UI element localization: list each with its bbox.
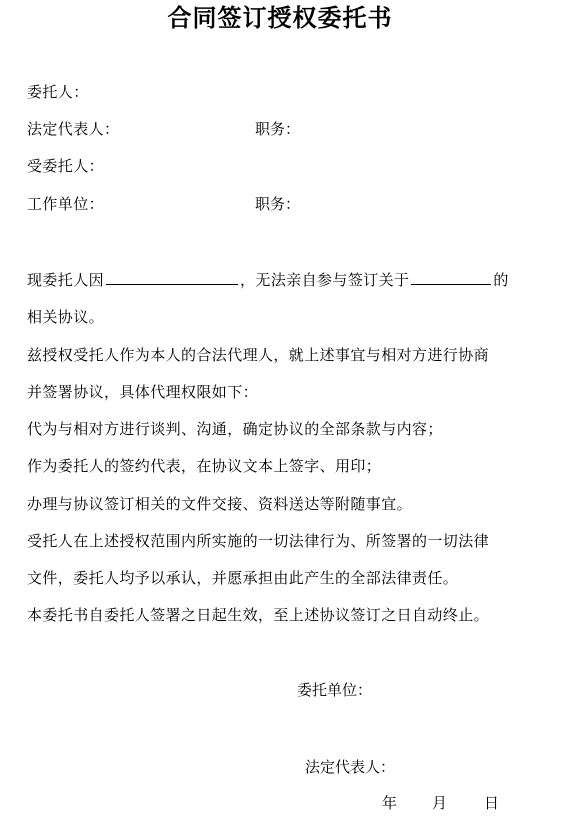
legal-rep-position-label: 职务： — [255, 119, 300, 139]
signature-legal-rep-label: 法定代表人： — [305, 757, 395, 777]
body-line-1-middle: ，无法亲自参与签订关于 — [240, 271, 409, 289]
legal-rep-field-label: 法定代表人： — [27, 119, 119, 139]
body-line-1-suffix: 的 — [493, 271, 508, 289]
agreement-subject-blank[interactable] — [411, 270, 491, 285]
work-unit-field-label: 工作单位： — [27, 194, 104, 214]
reason-blank[interactable] — [106, 270, 238, 285]
agent-position-label: 职务： — [255, 194, 300, 214]
body-line-6: 作为委托人的签约代表，在协议文本上签字、用印； — [27, 456, 381, 476]
document-title: 合同签订授权委托书 — [0, 2, 560, 34]
agent-field-label: 受委托人： — [27, 156, 104, 176]
body-line-10: 本委托书自委托人签署之日起生效，至上述协议签订之日自动终止。 — [27, 605, 489, 625]
month-label: 月 — [432, 793, 447, 813]
body-line-2: 相关协议。 — [27, 307, 104, 327]
body-line-1-prefix: 现委托人因 — [27, 271, 104, 289]
body-line-1: 现委托人因，无法亲自参与签订关于的 — [27, 270, 509, 290]
day-label: 日 — [484, 793, 499, 813]
principal-field-label: 委托人： — [27, 82, 89, 102]
entrusting-unit-label: 委托单位： — [297, 680, 372, 700]
body-line-9: 文件，委托人均予以承认，并愿承担由此产生的全部法律责任。 — [27, 568, 458, 588]
body-line-5: 代为与相对方进行谈判、沟通，确定协议的全部条款与内容； — [27, 419, 443, 439]
body-line-3: 兹授权受托人作为本人的合法代理人，就上述事宜与相对方进行协商 — [27, 345, 489, 365]
body-line-7: 办理与协议签订相关的文件交接、资料送达等附随事宜。 — [27, 494, 412, 514]
year-label: 年 — [382, 793, 397, 813]
body-line-4: 并签署协议，具体代理权限如下： — [27, 382, 258, 402]
body-line-8: 受托人在上述授权范围内所实施的一切法律行为、所签署的一切法律 — [27, 531, 489, 551]
